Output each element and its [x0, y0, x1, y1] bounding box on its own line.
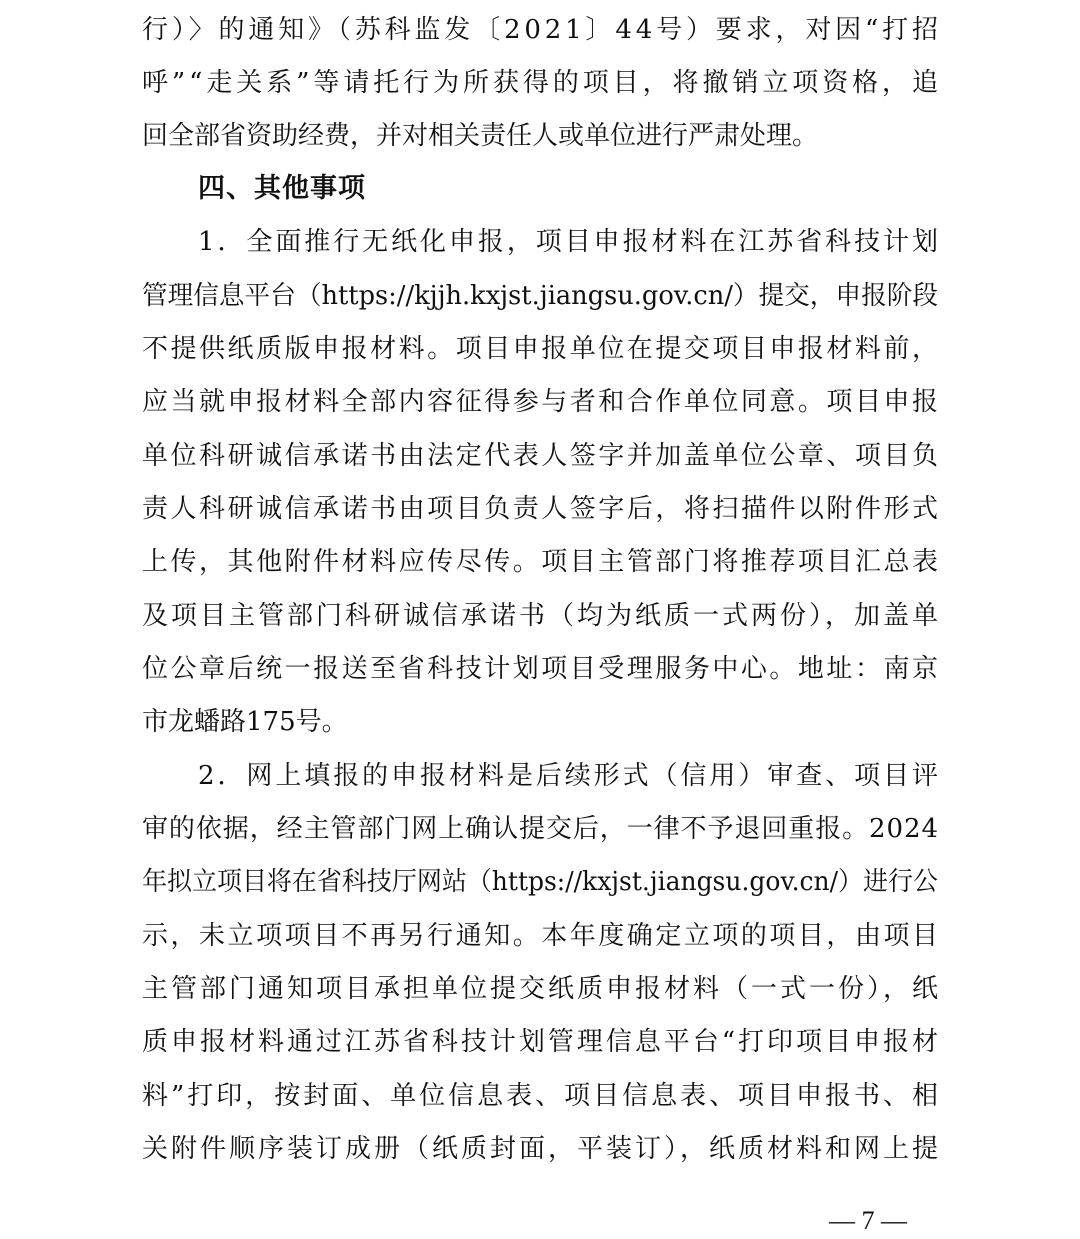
text-line: 呼”“走关系”等请托行为所获得的项目，将撤销立项资格，追: [142, 63, 938, 103]
text-line: 及项目主管部门科研诚信承诺书（均为纸质一式两份），加盖单: [142, 596, 938, 636]
text-line: 年拟立项目将在省科技厅网站（https://kxjst.jiangsu.gov.…: [142, 862, 938, 902]
text-line: 责人科研诚信承诺书由项目负责人签字后，将扫描件以附件形式: [142, 489, 938, 529]
text-line: 位公章后统一报送至省科技计划项目受理服务中心。地址：南京: [142, 649, 938, 689]
text-line: 1．全面推行无纸化申报，项目申报材料在江苏省科技计划: [198, 222, 938, 262]
text-line: 料”打印，按封面、单位信息表、项目信息表、项目申报书、相: [142, 1076, 938, 1116]
text-line: 行）〉的通知》（苏科监发〔2021〕44号）要求，对因“打招: [142, 10, 938, 50]
text-line: 质申报材料通过江苏省科技计划管理信息平台“打印项目申报材: [142, 1022, 938, 1062]
text-line: 不提供纸质版申报材料。项目申报单位在提交项目申报材料前，: [142, 329, 938, 369]
text-line: 应当就申报材料全部内容征得参与者和合作单位同意。项目申报: [142, 382, 938, 422]
text-line: 审的依据，经主管部门网上确认提交后，一律不予退回重报。2024: [142, 809, 938, 849]
page-number: — 7 —: [818, 1206, 918, 1236]
text-line: 关附件顺序装订成册（纸质封面，平装订），纸质材料和网上提: [142, 1129, 938, 1169]
text-line: 管理信息平台（https://kjjh.kxjst.jiangsu.gov.cn…: [142, 276, 938, 316]
document-page: 行）〉的通知》（苏科监发〔2021〕44号）要求，对因“打招呼”“走关系”等请托…: [0, 0, 1080, 1239]
text-line: 2．网上填报的申报材料是后续形式（信用）审查、项目评: [198, 756, 938, 796]
text-line: 回全部省资助经费，并对相关责任人或单位进行严肃处理。: [142, 116, 938, 156]
text-line: 市龙蟠路175号。: [142, 702, 938, 742]
text-line: 主管部门通知项目承担单位提交纸质申报材料（一式一份），纸: [142, 969, 938, 1009]
text-line: 示，未立项项目不再另行通知。本年度确定立项的项目，由项目: [142, 916, 938, 956]
section-heading: 四、其他事项: [198, 169, 938, 209]
text-line: 单位科研诚信承诺书由法定代表人签字并加盖单位公章、项目负: [142, 436, 938, 476]
text-line: 上传，其他附件材料应传尽传。项目主管部门将推荐项目汇总表: [142, 542, 938, 582]
